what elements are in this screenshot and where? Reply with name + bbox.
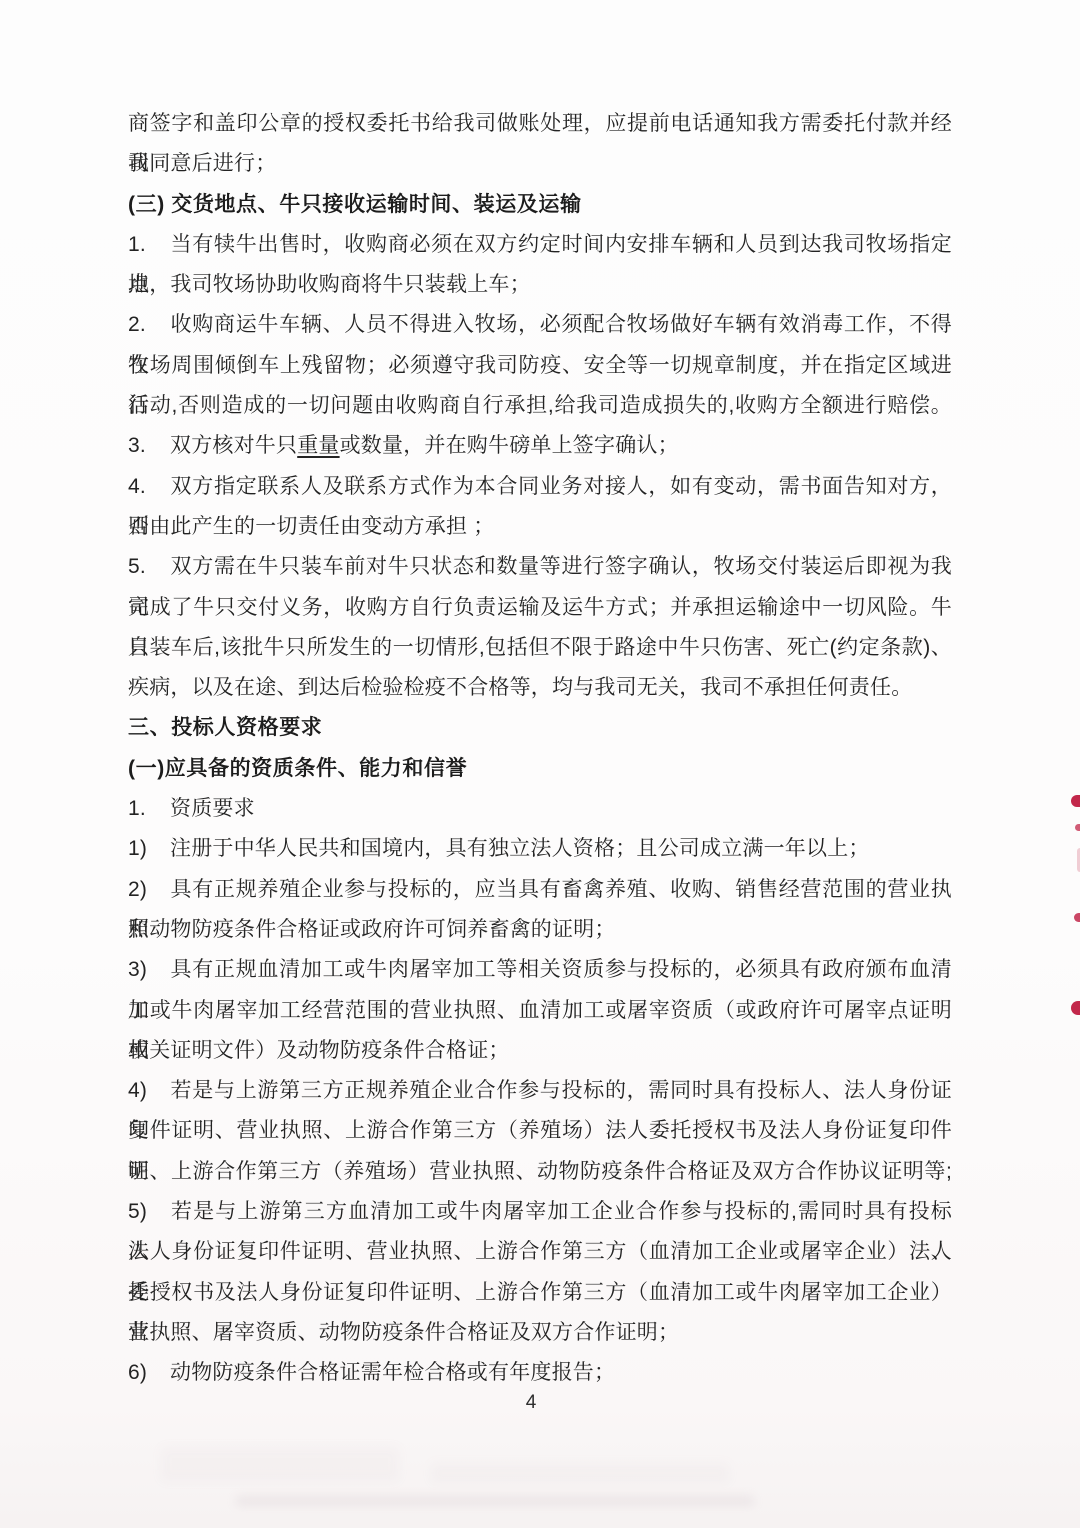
section-heading: (一)应具备的资质条件、能力和信誉: [128, 749, 952, 789]
document-line: 司同意后进行；: [128, 144, 952, 184]
list-number: 4): [128, 1071, 170, 1111]
document-line: 3.双方核对牛只重量或数量，并在购牛磅单上签字确认；: [128, 426, 952, 466]
line-text: 明、上游合作第三方（养殖场）营业执照、动物防疫条件合格证及双方合作协议证明等;: [128, 1160, 952, 1183]
list-number: 6): [128, 1353, 170, 1393]
list-number: 5.: [128, 547, 170, 587]
line-text: 相关证明文件）及动物防疫条件合格证；: [128, 1039, 510, 1062]
section-heading: (三) 交货地点、牛只接收运输时间、装运及运输: [128, 185, 952, 225]
list-number: 1.: [128, 225, 170, 265]
line-text: 点，我司牧场协助收购商将牛只装载上车；: [128, 273, 531, 296]
document-line: 印件证明、营业执照、上游合作第三方（养殖场）法人委托授权书及法人身份证复印件证: [128, 1111, 952, 1151]
red-ink-edge-mark: [1074, 913, 1080, 922]
line-text: 动物防疫条件合格证需年检合格或有年度报告；: [170, 1361, 615, 1384]
red-ink-edge-mark: [1071, 1001, 1080, 1015]
red-ink-edge-mark: [1071, 795, 1080, 807]
list-number: 1): [128, 829, 170, 869]
document-line: 业执照、屠宰资质、动物防疫条件合格证及双方合作证明；: [128, 1313, 952, 1353]
document-line: 则由此产生的一切责任由变动方承担 ；: [128, 507, 952, 547]
document-line: 3)具有正规血清加工或牛肉屠宰加工等相关资质参与投标的，必须具有政府颁布血清加: [128, 950, 952, 990]
document-line: 明、上游合作第三方（养殖场）营业执照、动物防疫条件合格证及双方合作协议证明等;: [128, 1152, 952, 1192]
line-text: (三) 交货地点、牛只接收运输时间、装运及运输: [128, 193, 582, 216]
page-number: 4: [0, 1392, 1062, 1414]
list-number: 2.: [128, 305, 170, 345]
document-line: 和动物防疫条件合格证或政府许可饲养畜禽的证明；: [128, 910, 952, 950]
document-line: 自装车后,该批牛只所发生的一切情形,包括但不限于路途中牛只伤害、死亡(约定条款)…: [128, 628, 952, 668]
document-line: 法人身份证复印件证明、营业执照、上游合作第三方（血清加工企业或屠宰企业）法人委: [128, 1232, 952, 1272]
line-text: 则由此产生的一切责任由变动方承担 ；: [128, 515, 494, 538]
underlined-text: 重量: [297, 434, 339, 457]
red-ink-edge-mark: [1075, 824, 1080, 831]
document-line: 1.资质要求: [128, 789, 952, 829]
line-text: 自装车后,该批牛只所发生的一切情形,包括但不限于路途中牛只伤害、死亡(约定条款)…: [128, 636, 952, 659]
list-number: 3): [128, 950, 170, 990]
document-line: 相关证明文件）及动物防疫条件合格证；: [128, 1031, 952, 1071]
list-number: 4.: [128, 467, 170, 507]
scanned-document-page: 商签字和盖印公章的授权委托书给我司做账处理，应提前电话通知我方需委托付款并经我司…: [0, 0, 1080, 1528]
line-text: 三、投标人资格要求: [128, 716, 322, 739]
line-text: 疾病，以及在途、到达后检验检疫不合格等，均与我司无关，我司不承担任何责任。: [128, 676, 912, 699]
document-line: 商签字和盖印公章的授权委托书给我司做账处理，应提前电话通知我方需委托付款并经我: [128, 104, 952, 144]
document-line: 5.双方需在牛只装车前对牛只状态和数量等进行签字确认，牧场交付装运后即视为我司: [128, 547, 952, 587]
document-line: 疾病，以及在途、到达后检验检疫不合格等，均与我司无关，我司不承担任何责任。: [128, 668, 952, 708]
bleedthrough-smudge: [160, 1446, 400, 1482]
document-line: 1)注册于中华人民共和国境内，具有独立法人资格；且公司成立满一年以上；: [128, 829, 952, 869]
section-heading: 三、投标人资格要求: [128, 708, 952, 748]
document-line: 4.双方指定联系人及联系方式作为本合同业务对接人，如有变动，需书面告知对方，否: [128, 467, 952, 507]
document-line: 工或牛肉屠宰加工经营范围的营业执照、血清加工或屠宰资质（或政府许可屠宰点证明或: [128, 991, 952, 1031]
line-text: 注册于中华人民共和国境内，具有独立法人资格；且公司成立满一年以上；: [170, 837, 870, 860]
bleedthrough-smudge: [430, 1462, 730, 1484]
document-line: 托授权书及法人身份证复印件证明、上游合作第三方（血清加工或牛肉屠宰加工企业）营: [128, 1273, 952, 1313]
list-number: 3.: [128, 426, 170, 466]
document-line: 2.收购商运牛车辆、人员不得进入牧场，必须配合牧场做好车辆有效消毒工作，不得在: [128, 305, 952, 345]
document-line: 6)动物防疫条件合格证需年检合格或有年度报告；: [128, 1353, 952, 1393]
document-line: 点，我司牧场协助收购商将牛只装载上车；: [128, 265, 952, 305]
line-text: 司同意后进行；: [128, 152, 276, 175]
document-body: 商签字和盖印公章的授权委托书给我司做账处理，应提前电话通知我方需委托付款并经我司…: [128, 104, 952, 1394]
list-number: 2): [128, 870, 170, 910]
document-line: 2)具有正规养殖企业参与投标的，应当具有畜禽养殖、收购、销售经营范围的营业执照: [128, 870, 952, 910]
line-text: (一)应具备的资质条件、能力和信誉: [128, 757, 467, 780]
list-number: 1.: [128, 789, 170, 829]
line-text: 或数量，并在购牛磅单上签字确认；: [340, 434, 679, 457]
bleedthrough-smudge: [235, 1496, 755, 1506]
document-line: 1.当有犊牛出售时，收购商必须在双方约定时间内安排车辆和人员到达我司牧场指定地: [128, 225, 952, 265]
document-line: 活动,否则造成的一切问题由收购商自行承担,给我司造成损失的,收购方全额进行赔偿。: [128, 386, 952, 426]
line-text: 资质要求: [170, 797, 255, 820]
line-text: 和动物防疫条件合格证或政府许可饲养畜禽的证明；: [128, 918, 616, 941]
line-text: 业执照、屠宰资质、动物防疫条件合格证及双方合作证明；: [128, 1321, 679, 1344]
document-line: 4)若是与上游第三方正规养殖企业合作参与投标的，需同时具有投标人、法人身份证复: [128, 1071, 952, 1111]
document-line: 牧场周围倾倒车上残留物；必须遵守我司防疫、安全等一切规章制度，并在指定区域进行: [128, 346, 952, 386]
document-line: 5)若是与上游第三方血清加工或牛肉屠宰加工企业合作参与投标的,需同时具有投标人、: [128, 1192, 952, 1232]
document-line: 完成了牛只交付义务，收购方自行负责运输及运牛方式；并承担运输途中一切风险。牛只: [128, 588, 952, 628]
line-text: 活动,否则造成的一切问题由收购商自行承担,给我司造成损失的,收购方全额进行赔偿。: [128, 394, 952, 417]
list-number: 5): [128, 1192, 170, 1232]
line-text: 双方核对牛只: [170, 434, 297, 457]
